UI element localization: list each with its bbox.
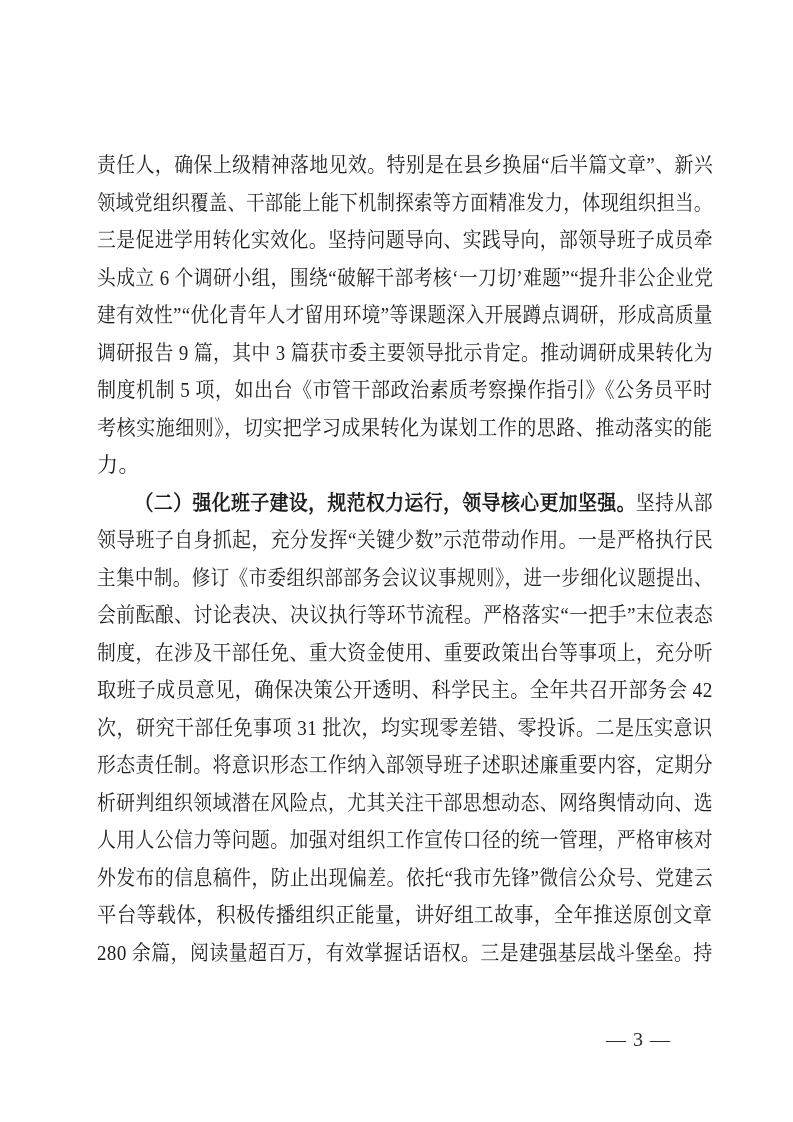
body-text: 领域党组织覆盖、干部能上能下机制探索等方面精准发力，体现组织担当。 bbox=[97, 191, 713, 215]
body-text: 平台等载体，积极传播组织正能量，讲好组工故事，全年推送原创文章 bbox=[97, 903, 713, 927]
text-line: 头成立 6 个调研小组，围绕“破解干部考核‘一刀切’难题”“提升非公企业党 bbox=[97, 260, 647, 298]
text-line: 人用人公信力等问题。加强对组织工作宣传口径的统一管理，严格审核对 bbox=[97, 822, 649, 860]
page-number: 3 bbox=[633, 1026, 643, 1054]
text-line: 考核实施细则》，切实把学习成果转化为谋划工作的思路、推动落实的能 bbox=[97, 410, 657, 448]
text-line: 力。 bbox=[97, 447, 713, 485]
body-text: 考核实施细则》，切实把学习成果转化为谋划工作的思路、推动落实的能 bbox=[97, 416, 713, 440]
text-line: 次，研究干部任免事项 31 批次，均实现零差错、零投诉。二是压实意识 bbox=[97, 710, 656, 748]
body-text: 制度机制 5 项，如出台《市管干部政治素质考察操作指引》《公务员平时 bbox=[97, 378, 713, 402]
text-line: 会前酝酿、讨论表决、决议执行等环节流程。严格落实“一把手”末位表态 bbox=[97, 597, 650, 635]
document-page: 责任人，确保上级精神落地见效。特别是在县乡换届“后半篇文章”、新兴领域党组织覆盖… bbox=[0, 0, 793, 1122]
body-text: 形态责任制。将意识形态工作纳入部领导班子述职述廉重要内容，定期分 bbox=[97, 753, 713, 777]
page-footer: — 3 — bbox=[606, 1026, 670, 1054]
body-text: 人用人公信力等问题。加强对组织工作宣传口径的统一管理，严格审核对 bbox=[97, 828, 713, 852]
text-line: 制度，在涉及干部任免、重大资金使用、重要政策出台等事项上，充分听 bbox=[97, 635, 649, 673]
body-text: 领导班子自身抓起，充分发挥“关键少数”示范带动作用。一是严格执行民 bbox=[97, 528, 713, 552]
body-text: 主集中制。修订《市委组织部部务会议议事规则》，进一步细化议题提出、 bbox=[97, 566, 713, 590]
body-text: 析研判组织领域潜在风险点，尤其关注干部思想动态、网络舆情动向、选 bbox=[97, 791, 713, 815]
body-text: 取班子成员意见，确保决策公开透明、科学民主。全年共召开部务会 42 bbox=[97, 678, 713, 702]
body-text: 调研报告 9 篇，其中 3 篇获市委主要领导批示肯定。推动调研成果转化为 bbox=[97, 341, 713, 365]
text-line: 外发布的信息稿件，防止出现偏差。依托“我市先锋”微信公众号、党建云 bbox=[97, 860, 650, 898]
text-line: 主集中制。修订《市委组织部部务会议议事规则》，进一步细化议题提出、 bbox=[97, 560, 640, 598]
body-text: 坚持从部 bbox=[636, 491, 713, 515]
text-line: （二）强化班子建设，规范权力运行，领导核心更加坚强。坚持从部 bbox=[97, 485, 649, 523]
body-text: 次，研究干部任免事项 31 批次，均实现零差错、零投诉。二是压实意识 bbox=[97, 716, 713, 740]
body-text: 制度，在涉及干部任免、重大资金使用、重要政策出台等事项上，充分听 bbox=[97, 641, 713, 665]
body-text: 280 余篇，阅读量超百万，有效掌握话语权。三是建强基层战斗堡垒。持 bbox=[97, 941, 713, 965]
body-text: 责任人，确保上级精神落地见效。特别是在县乡换届“后半篇文章”、新兴 bbox=[97, 153, 713, 177]
body-text: 建有效性”“优化青年人才留用环境”等课题深入开展蹲点调研，形成高质量 bbox=[97, 303, 713, 327]
document-body: 责任人，确保上级精神落地见效。特别是在县乡换届“后半篇文章”、新兴领域党组织覆盖… bbox=[97, 147, 713, 972]
body-text: 外发布的信息稿件，防止出现偏差。依托“我市先锋”微信公众号、党建云 bbox=[97, 866, 713, 890]
body-text: 会前酝酿、讨论表决、决议执行等环节流程。严格落实“一把手”末位表态 bbox=[97, 603, 713, 627]
text-line: 三是促进学用转化实效化。坚持问题导向、实践导向，部领导班子成员牵 bbox=[97, 222, 649, 260]
text-line: 280 余篇，阅读量超百万，有效掌握话语权。三是建强基层战斗堡垒。持 bbox=[97, 935, 652, 973]
footer-dash-right: — bbox=[650, 1026, 670, 1054]
text-line: 责任人，确保上级精神落地见效。特别是在县乡换届“后半篇文章”、新兴 bbox=[97, 147, 650, 185]
text-line: 平台等载体，积极传播组织正能量，讲好组工故事，全年推送原创文章 bbox=[97, 897, 666, 935]
body-text: 力。 bbox=[97, 453, 140, 477]
text-line: 形态责任制。将意识形态工作纳入部领导班子述职述廉重要内容，定期分 bbox=[97, 747, 649, 785]
text-line: 领导班子自身抓起，充分发挥“关键少数”示范带动作用。一是严格执行民 bbox=[97, 522, 650, 560]
body-text: 三是促进学用转化实效化。坚持问题导向、实践导向，部领导班子成员牵 bbox=[97, 228, 713, 252]
text-line: 建有效性”“优化青年人才留用环境”等课题深入开展蹲点调研，形成高质量 bbox=[97, 297, 642, 335]
body-text: 头成立 6 个调研小组，围绕“破解干部考核‘一刀切’难题”“提升非公企业党 bbox=[97, 266, 713, 290]
text-line: 领域党组织覆盖、干部能上能下机制探索等方面精准发力，体现组织担当。 bbox=[97, 185, 631, 223]
text-line: 制度机制 5 项，如出台《市管干部政治素质考察操作指引》《公务员平时 bbox=[97, 372, 656, 410]
text-line: 取班子成员意见，确保决策公开透明、科学民主。全年共召开部务会 42 bbox=[97, 672, 661, 710]
footer-dash-left: — bbox=[606, 1026, 626, 1054]
text-line: 调研报告 9 篇，其中 3 篇获市委主要领导批示肯定。推动调研成果转化为 bbox=[97, 335, 647, 373]
text-line: 析研判组织领域潜在风险点，尤其关注干部思想动态、网络舆情动向、选 bbox=[97, 785, 649, 823]
section-heading-emphasis: （二）强化班子建设，规范权力运行，领导核心更加坚强。 bbox=[135, 491, 636, 515]
